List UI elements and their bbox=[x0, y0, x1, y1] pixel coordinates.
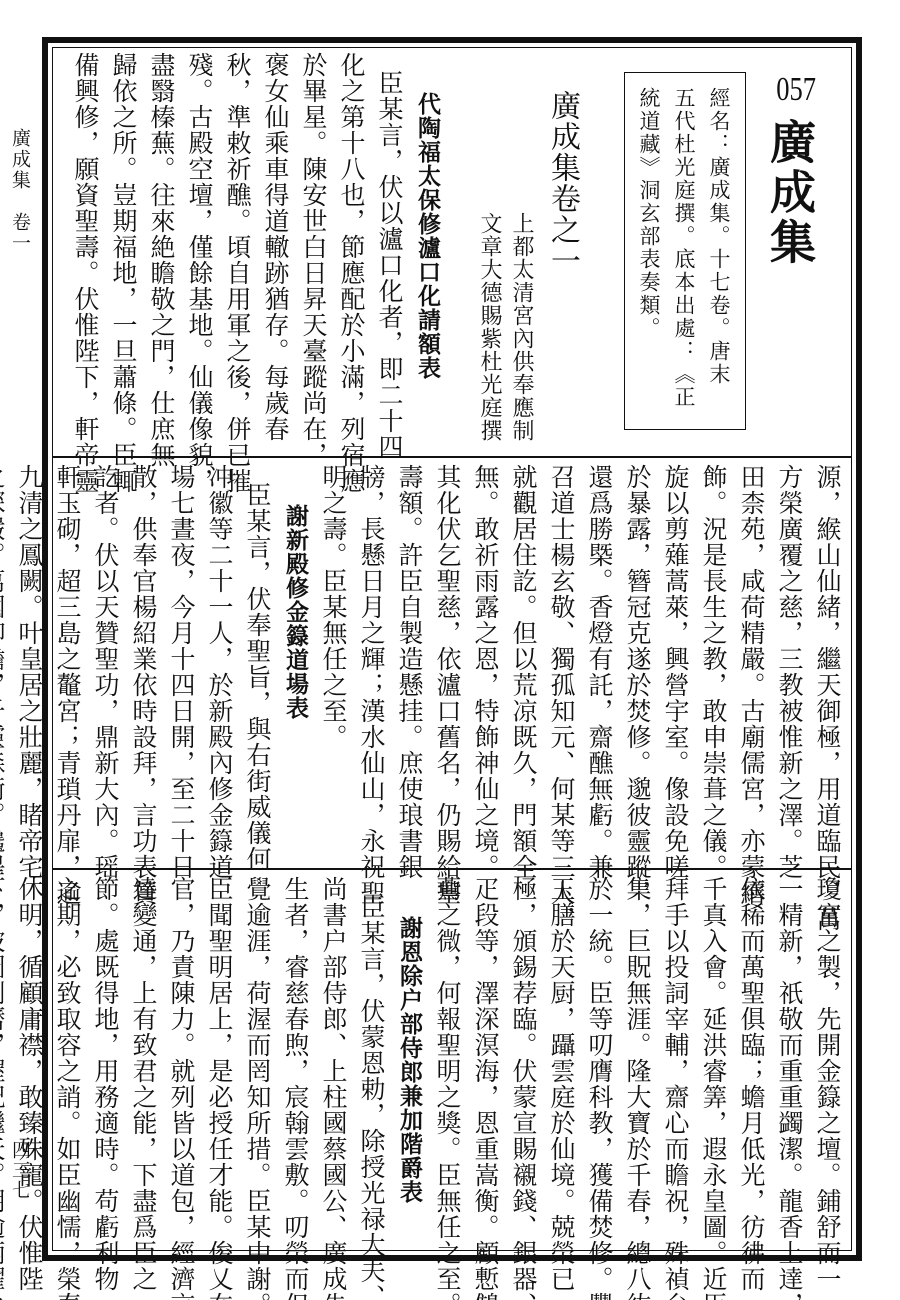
text-column: 飾。況是長生之教，敢申崇葺之儀。 bbox=[694, 464, 732, 864]
text-column: 訖者。伏以天贊聖功，鼎新大內。瑶 bbox=[86, 464, 124, 864]
running-title: 廣成集 卷一 bbox=[8, 128, 32, 254]
text-column: 拜手以投詞宰輔，齋心而瞻祝，殊禎允 bbox=[656, 876, 694, 1246]
info-line: 經名：廣成集。十七卷。唐末 bbox=[702, 87, 737, 415]
text-column: 休明，循顧庸襟，敢臻殊寵。伏惟陛 bbox=[10, 876, 48, 1246]
top-band: 057 廣成集 經名：廣成集。十七卷。唐末 五代杜光庭撰。底本出處：《正 統道藏… bbox=[58, 52, 846, 452]
entry-title: 廣成集 bbox=[764, 118, 816, 268]
text-column: 玉膳於天厨，躡雲庭於仙境。兢榮已 bbox=[542, 876, 580, 1246]
middle-band: 源，緱山仙緒，繼天御極，用道臨民，萬 方榮廣覆之慈，三教被惟新之澤。芝 田柰苑，… bbox=[58, 464, 846, 864]
text-column: 褒女仙乘車得道轍跡猶存。每歲春 bbox=[256, 52, 294, 452]
text-column: 源，緱山仙緒，繼天御極，用道臨民，萬 bbox=[808, 464, 846, 864]
text-column: 軒玉砌，超三島之鼇宮；青瑣丹扉，逾 bbox=[48, 464, 86, 864]
text-column: 臣聞聖明居上，是必授任才能。俊乂在 bbox=[200, 876, 238, 1246]
top-text-columns: 廣成集卷之一 上都太清宮內供奉應制 文章大德賜紫杜光庭撰 代陶福太保修瀘口化請額… bbox=[66, 52, 584, 452]
info-box: 經名：廣成集。十七卷。唐末 五代杜光庭撰。底本出處：《正 統道藏》洞玄部表奏類。 bbox=[624, 72, 746, 430]
text-column: 殘。古殿空壇，僅餘基地。仙儀像貌， bbox=[180, 52, 218, 452]
text-column: 歸依之所。豈期福地，一旦蕭條。臣輒 bbox=[104, 52, 142, 452]
text-column: 臣某言，伏以瀘口化者，即二十四 bbox=[370, 52, 408, 452]
section-heading: 謝新殿修金籙道場表 bbox=[276, 464, 314, 864]
byline: 上都太清宮內供奉應制 bbox=[504, 52, 536, 452]
text-column: 臣某言，伏奉聖旨，與右街威儀何 bbox=[238, 464, 276, 864]
text-column: 旋以剪薙蒿萊，興營宇室。像設免嗟 bbox=[656, 464, 694, 864]
text-column: 備興修，願資聖壽。伏惟陛下，軒帝靈 bbox=[66, 52, 104, 452]
text-column: 官，乃責陳力。就列皆以道包，經濟言 bbox=[162, 876, 200, 1246]
text-column: 臣某言，伏蒙恩勅，除授光禄大夫、 bbox=[352, 876, 390, 1246]
band-divider bbox=[52, 868, 852, 870]
text-column: 田柰苑，咸荷精嚴。古廟儒宮，亦蒙繕 bbox=[732, 464, 770, 864]
middle-text-columns: 源，緱山仙緒，繼天御極，用道臨民，萬 方榮廣覆之慈，三教被惟新之澤。芝 田柰苑，… bbox=[0, 464, 846, 864]
text-column: 疋段等，澤深溟海，恩重嵩衡。顧慙鷦 bbox=[466, 876, 504, 1246]
text-column: 之期，必致取容之誚。如臣幽懦，榮奉 bbox=[48, 876, 86, 1246]
text-column: 就觀居住訖。但以荒凉既久，門額全 bbox=[504, 464, 542, 864]
text-column: 於畢星。陳安世白日昇天臺蹤尚在， bbox=[294, 52, 332, 452]
text-column: 之深嚴。萬國仰瞻，千靈森衛。纔畢 bbox=[0, 464, 10, 864]
info-line: 五代杜光庭撰。底本出處：《正 bbox=[667, 87, 702, 415]
band-divider bbox=[52, 456, 852, 458]
text-column: 尚書户部侍郎、上柱國蔡國公、廣成先 bbox=[314, 876, 352, 1246]
text-column: 達變通，上有致君之能，下盡爲臣之 bbox=[124, 876, 162, 1246]
text-column: 覺逾涯，荷渥而罔知所措。臣某中謝。 bbox=[238, 876, 276, 1246]
text-column: 一精新，祇敬而重重蠲潔。龍香上達， bbox=[770, 876, 808, 1246]
text-column: 鷰之微，何報聖明之獎。臣無任之至。 bbox=[428, 876, 466, 1246]
text-column: 其化伏乞聖慈，依瀘口舊名，仍賜給聖 bbox=[428, 464, 466, 864]
text-column: 化之第十八也，節應配於小滿，列宿應 bbox=[332, 52, 370, 452]
text-column: 於一統。臣等叨膺科教，獲備焚修。豐 bbox=[580, 876, 618, 1246]
text-column: 瓊宮之製，先開金籙之壇。鋪舒而一 bbox=[808, 876, 846, 1246]
text-column: 生者，睿慈春煦，宸翰雲敷。叨榮而但 bbox=[276, 876, 314, 1246]
info-line: 統道藏》洞玄部表奏類。 bbox=[632, 87, 667, 415]
text-column: 牓，長懸日月之輝；漢水仙山，永祝聖 bbox=[352, 464, 390, 864]
text-column: 依稀而萬聖俱臨；蟾月低光，彷彿而 bbox=[732, 876, 770, 1246]
text-column: 盡翳榛蕪。往來絶瞻敬之門，仕庶無 bbox=[142, 52, 180, 452]
text-column: 散，供奉官楊紹業依時設拜，言功表贊 bbox=[124, 464, 162, 864]
text-column: 節。處既得地，用務適時。苟虧利物 bbox=[86, 876, 124, 1246]
text-column: 冲徽等二十一人，於新殿內修金籙道 bbox=[200, 464, 238, 864]
text-column: 集，巨貺無涯。隆大寶於千春，總八紘 bbox=[618, 876, 656, 1246]
text-column: 召道士楊玄敬、獨孤知元、何某等三人， bbox=[542, 464, 580, 864]
section-heading: 謝恩除户部侍郎兼加階爵表 bbox=[390, 876, 428, 1246]
text-column: 千真入會。延洪睿筭，遐永皇圖。近臣 bbox=[694, 876, 732, 1246]
text-column: 明之壽。臣某無任之至。 bbox=[314, 464, 352, 864]
byline: 文章大德賜紫杜光庭撰 bbox=[472, 52, 504, 452]
bottom-band: 瓊宮之製，先開金籙之壇。鋪舒而一 一精新，祇敬而重重蠲潔。龍香上達， 依稀而萬聖… bbox=[58, 876, 846, 1246]
text-column: 方榮廣覆之慈，三教被惟新之澤。芝 bbox=[770, 464, 808, 864]
text-column: 無。敢祈雨露之恩，特飾神仙之境。 bbox=[466, 464, 504, 864]
volume-title: 廣成集卷之一 bbox=[536, 52, 584, 452]
bottom-text-columns: 瓊宮之製，先開金籙之壇。鋪舒而一 一精新，祇敬而重重蠲潔。龍香上達， 依稀而萬聖… bbox=[0, 876, 846, 1246]
text-column: 場七晝夜，今月十四日開，至二十日 bbox=[162, 464, 200, 864]
text-column: 秋，準敕祈醮。頃自用軍之後，併已摧 bbox=[218, 52, 256, 452]
section-heading: 代陶福太保修瀘口化請額表 bbox=[408, 52, 446, 452]
entry-number: 057 bbox=[776, 72, 816, 108]
text-column: 於暴露，簪冠克遂於焚修。邈彼靈蹤， bbox=[618, 464, 656, 864]
text-column: 極，頒錫荐臨。伏蒙宣賜襯錢、銀器、 bbox=[504, 876, 542, 1246]
text-column: 還爲勝槩。香燈有託，齋醮無虧。兼 bbox=[580, 464, 618, 864]
text-column: 壽額。許臣自製造懸挂。庶使琅書銀 bbox=[390, 464, 428, 864]
text-column: 九清之鳳闕。叶皇居之壯麗，睹帝宅 bbox=[10, 464, 48, 864]
text-column: 下，披圖創曆，握紀繼天。明逾兩曜之 bbox=[0, 876, 10, 1246]
